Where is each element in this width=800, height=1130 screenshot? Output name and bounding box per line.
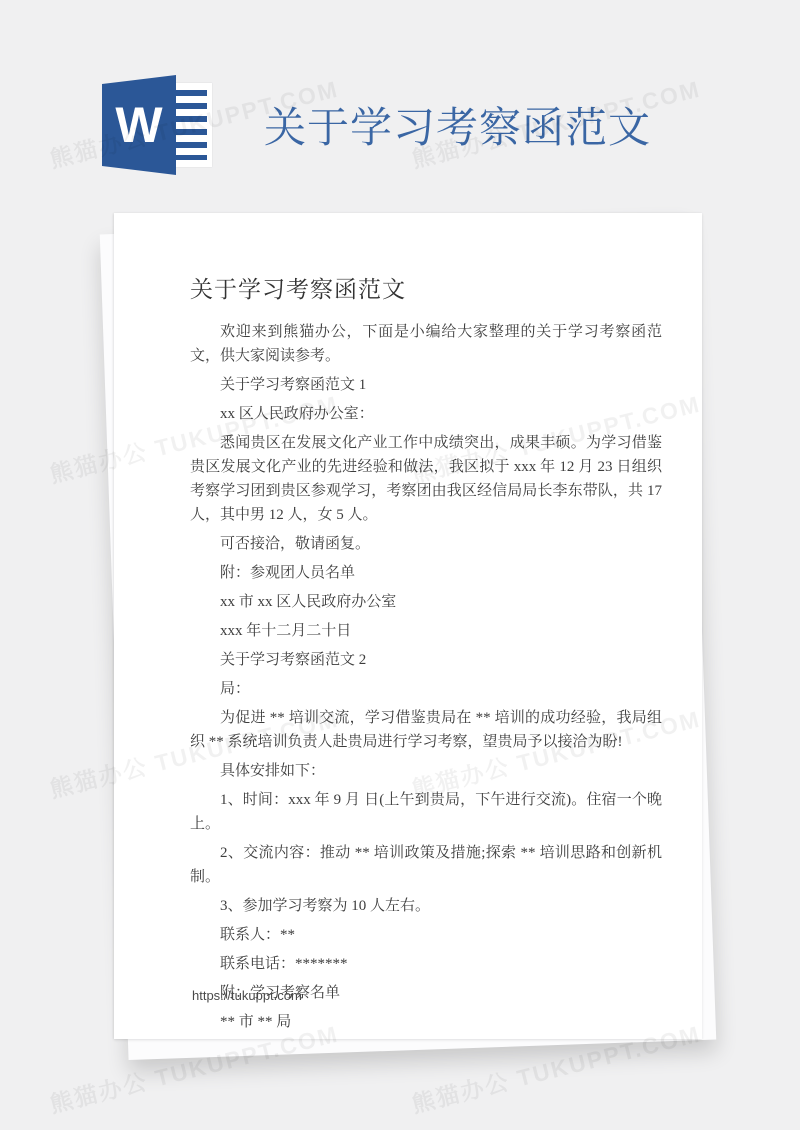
document-paragraph: 1、时间：xxx 年 9 月 日(上午到贵局，下午进行交流)。住宿一个晚上。 <box>190 788 662 836</box>
word-icon: W <box>102 75 212 175</box>
document-paragraph: 关于学习考察函范文 2 <box>190 648 662 672</box>
page-background: { "header": { "title": "关于学习考察函范文", "wor… <box>0 0 800 1130</box>
document-paragraph: 局： <box>190 677 662 701</box>
document-paragraph: 欢迎来到熊猫办公，下面是小编给大家整理的关于学习考察函范文，供大家阅读参考。 <box>190 320 662 368</box>
document-paragraph: 联系人：** <box>190 923 662 947</box>
word-icon-panel: W <box>102 75 176 175</box>
document-paragraph: 为促进 ** 培训交流，学习借鉴贵局在 ** 培训的成功经验，我局组织 ** 系… <box>190 706 662 754</box>
document-paragraph: 3、参加学习考察为 10 人左右。 <box>190 894 662 918</box>
document-paragraph: 具体安排如下： <box>190 759 662 783</box>
document-paragraph: xx 市 xx 区人民政府办公室 <box>190 590 662 614</box>
document-paragraph: 可否接洽，敬请函复。 <box>190 532 662 556</box>
document-paragraph: 附：参观团人员名单 <box>190 561 662 585</box>
document-paragraph: 联系电话：******* <box>190 952 662 976</box>
document-paragraph: 悉闻贵区在发展文化产业工作中成绩突出，成果丰硕。为学习借鉴贵区发展文化产业的先进… <box>190 431 662 527</box>
document-paragraph: 2、交流内容：推动 ** 培训政策及措施;探索 ** 培训思路和创新机制。 <box>190 841 662 889</box>
document-page: 关于学习考察函范文 欢迎来到熊猫办公，下面是小编给大家整理的关于学习考察函范文，… <box>114 213 702 1039</box>
document-paragraph: ** 市 ** 局 <box>190 1010 662 1034</box>
document-paragraph: xxx 年十二月二十日 <box>190 619 662 643</box>
document-paragraph: xx 区人民政府办公室： <box>190 402 662 426</box>
document-title: 关于学习考察函范文 <box>190 271 662 304</box>
header: W 关于学习考察函范文 <box>102 74 651 176</box>
document-paragraph: 关于学习考察函范文 1 <box>190 373 662 397</box>
footer-link[interactable]: https://tukuppt.com <box>192 988 302 1003</box>
word-icon-w-letter: W <box>115 100 162 150</box>
document-body: 欢迎来到熊猫办公，下面是小编给大家整理的关于学习考察函范文，供大家阅读参考。关于… <box>190 320 662 1034</box>
page-title: 关于学习考察函范文 <box>264 95 651 155</box>
